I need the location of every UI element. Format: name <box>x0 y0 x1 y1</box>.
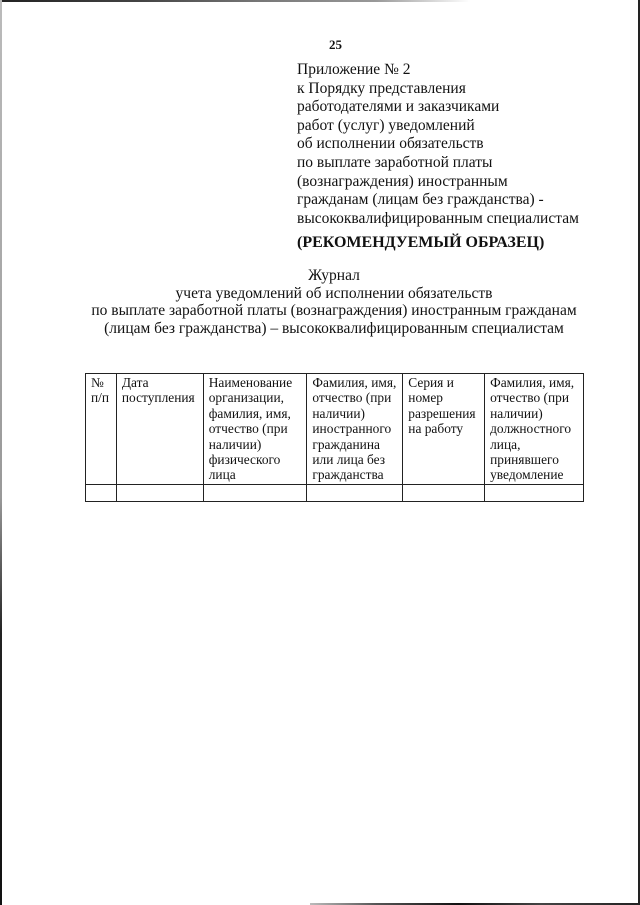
journal-title-line: по выплате заработной платы (вознагражде… <box>60 302 608 320</box>
recommended-sample-heading: (РЕКОМЕНДУЕМЫЙ ОБРАЗЕЦ) <box>297 234 544 252</box>
appendix-reference: Приложение № 2 к Порядку представления р… <box>297 61 579 228</box>
appendix-line: работодателями и заказчиками <box>297 98 579 117</box>
column-header-official-name: Фамилия, имя, отчество (при наличии) дол… <box>485 374 584 485</box>
column-header-work-permit: Серия и номер разрешения на работу <box>403 374 485 485</box>
scan-edge-top <box>0 0 470 2</box>
table-row <box>86 484 584 501</box>
column-header-organization-name: Наименование организации, фамилия, имя, … <box>203 374 307 485</box>
table-cell <box>307 484 403 501</box>
table-cell <box>116 484 203 501</box>
journal-title-line: (лицам без гражданства) – высококвалифиц… <box>60 320 608 338</box>
column-header-date-received: Дата поступления <box>116 374 203 485</box>
appendix-line: работ (услуг) уведомлений <box>297 117 579 136</box>
table-cell <box>403 484 485 501</box>
appendix-line: гражданам (лицам без гражданства) - <box>297 191 579 210</box>
appendix-line: по выплате заработной платы <box>297 154 579 173</box>
table-cell <box>203 484 307 501</box>
column-header-foreign-citizen-name: Фамилия, имя, отчество (при наличии) ино… <box>307 374 403 485</box>
journal-title: Журнал учета уведомлений об исполнении о… <box>60 267 608 337</box>
appendix-line: об исполнении обязательств <box>297 135 579 154</box>
journal-title-line: Журнал <box>60 267 608 285</box>
journal-table: № п/п Дата поступления Наименование орга… <box>85 373 584 502</box>
table-cell <box>86 484 117 501</box>
appendix-line: Приложение № 2 <box>297 61 579 80</box>
journal-title-line: учета уведомлений об исполнении обязател… <box>60 285 608 303</box>
appendix-line: высококвалифицированным специалистам <box>297 210 579 229</box>
document-page: 25 Приложение № 2 к Порядку представлени… <box>0 0 640 905</box>
table-cell <box>485 484 584 501</box>
appendix-line: (вознаграждения) иностранным <box>297 173 579 192</box>
column-header-number: № п/п <box>86 374 117 485</box>
page-number: 25 <box>329 37 342 53</box>
table-header-row: № п/п Дата поступления Наименование орга… <box>86 374 584 485</box>
scan-edge-left <box>0 0 2 905</box>
appendix-line: к Порядку представления <box>297 80 579 99</box>
